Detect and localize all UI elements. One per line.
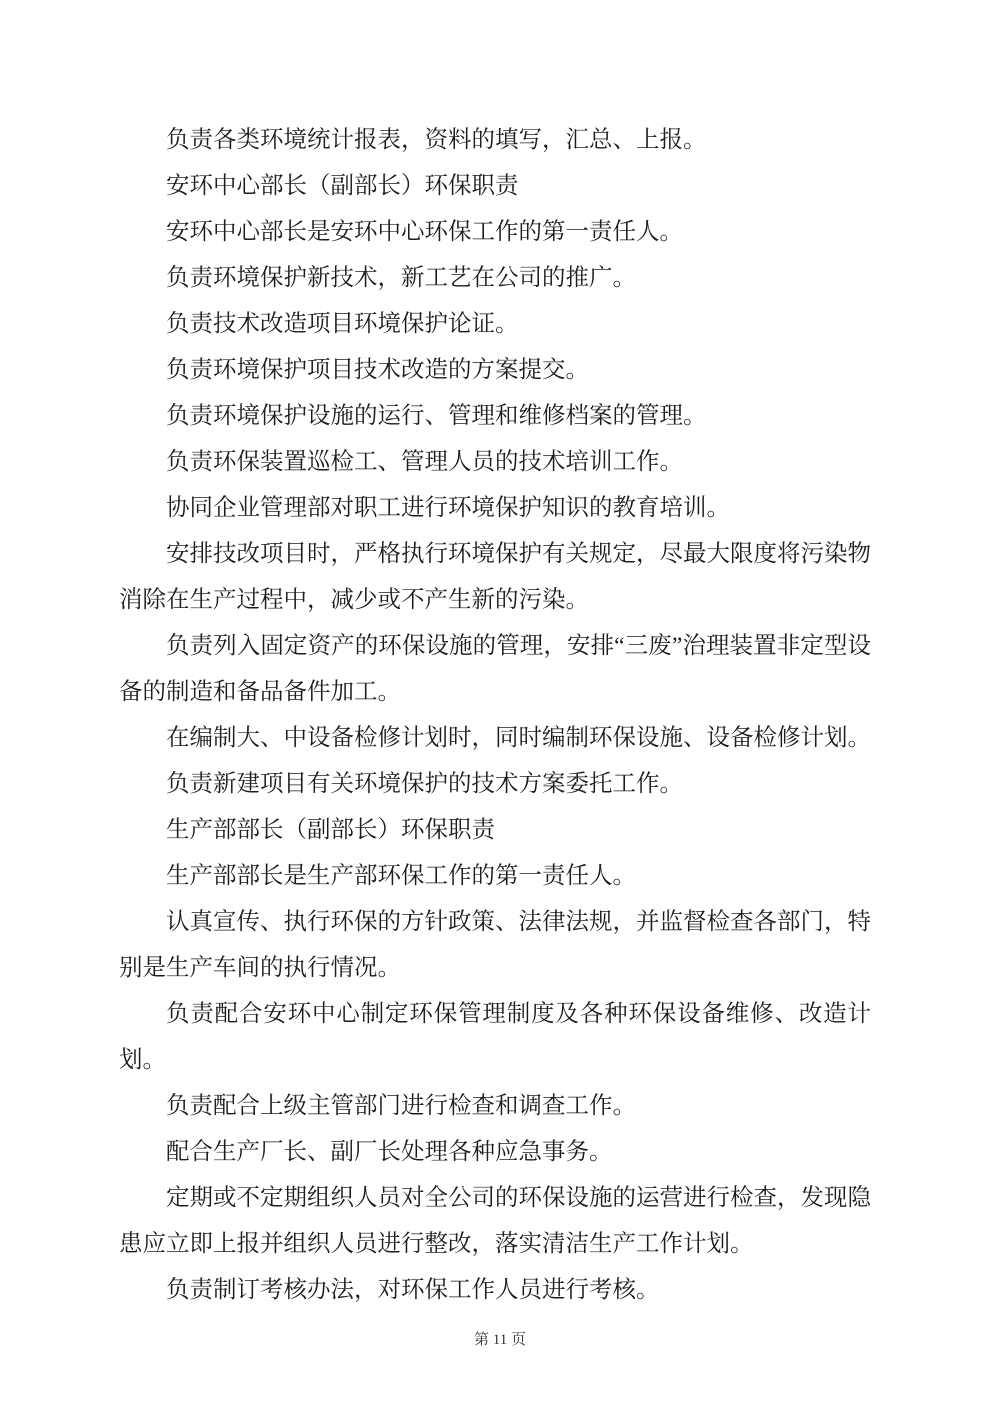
paragraph: 认真宣传、执行环保的方针政策、法律法规，并监督检查各部门，特别是生产车间的执行情… [119,899,871,991]
paragraph: 负责技术改造项目环境保护论证。 [119,301,871,347]
document-body: 负责各类环境统计报表，资料的填写，汇总、上报。 安环中心部长（副部长）环保职责 … [119,117,871,1313]
paragraph: 协同企业管理部对职工进行环境保护知识的教育培训。 [119,485,871,531]
paragraph: 负责各类环境统计报表，资料的填写，汇总、上报。 [119,117,871,163]
paragraph: 安环中心部长是安环中心环保工作的第一责任人。 [119,209,871,255]
paragraph: 安排技改项目时，严格执行环境保护有关规定，尽最大限度将污染物消除在生产过程中，减… [119,531,871,623]
paragraph: 负责新建项目有关环境保护的技术方案委托工作。 [119,761,871,807]
paragraph: 定期或不定期组织人员对全公司的环保设施的运营进行检查，发现隐患应立即上报并组织人… [119,1175,871,1267]
paragraph: 负责列入固定资产的环保设施的管理，安排“三废”治理装置非定型设备的制造和备品备件… [119,623,871,715]
paragraph: 生产部部长是生产部环保工作的第一责任人。 [119,853,871,899]
paragraph: 负责环境保护设施的运行、管理和维修档案的管理。 [119,393,871,439]
paragraph: 负责配合安环中心制定环保管理制度及各种环保设备维修、改造计划。 [119,991,871,1083]
paragraph: 负责配合上级主管部门进行检查和调查工作。 [119,1083,871,1129]
paragraph: 负责制订考核办法，对环保工作人员进行考核。 [119,1267,871,1313]
document-page: 负责各类环境统计报表，资料的填写，汇总、上报。 安环中心部长（副部长）环保职责 … [0,0,1000,1415]
paragraph: 安环中心部长（副部长）环保职责 [119,163,871,209]
paragraph: 生产部部长（副部长）环保职责 [119,807,871,853]
paragraph: 在编制大、中设备检修计划时，同时编制环保设施、设备检修计划。 [119,715,871,761]
page-number: 第 11 页 [0,1328,1000,1349]
paragraph: 配合生产厂长、副厂长处理各种应急事务。 [119,1129,871,1175]
paragraph: 负责环境保护项目技术改造的方案提交。 [119,347,871,393]
paragraph: 负责环境保护新技术，新工艺在公司的推广。 [119,255,871,301]
paragraph: 负责环保装置巡检工、管理人员的技术培训工作。 [119,439,871,485]
